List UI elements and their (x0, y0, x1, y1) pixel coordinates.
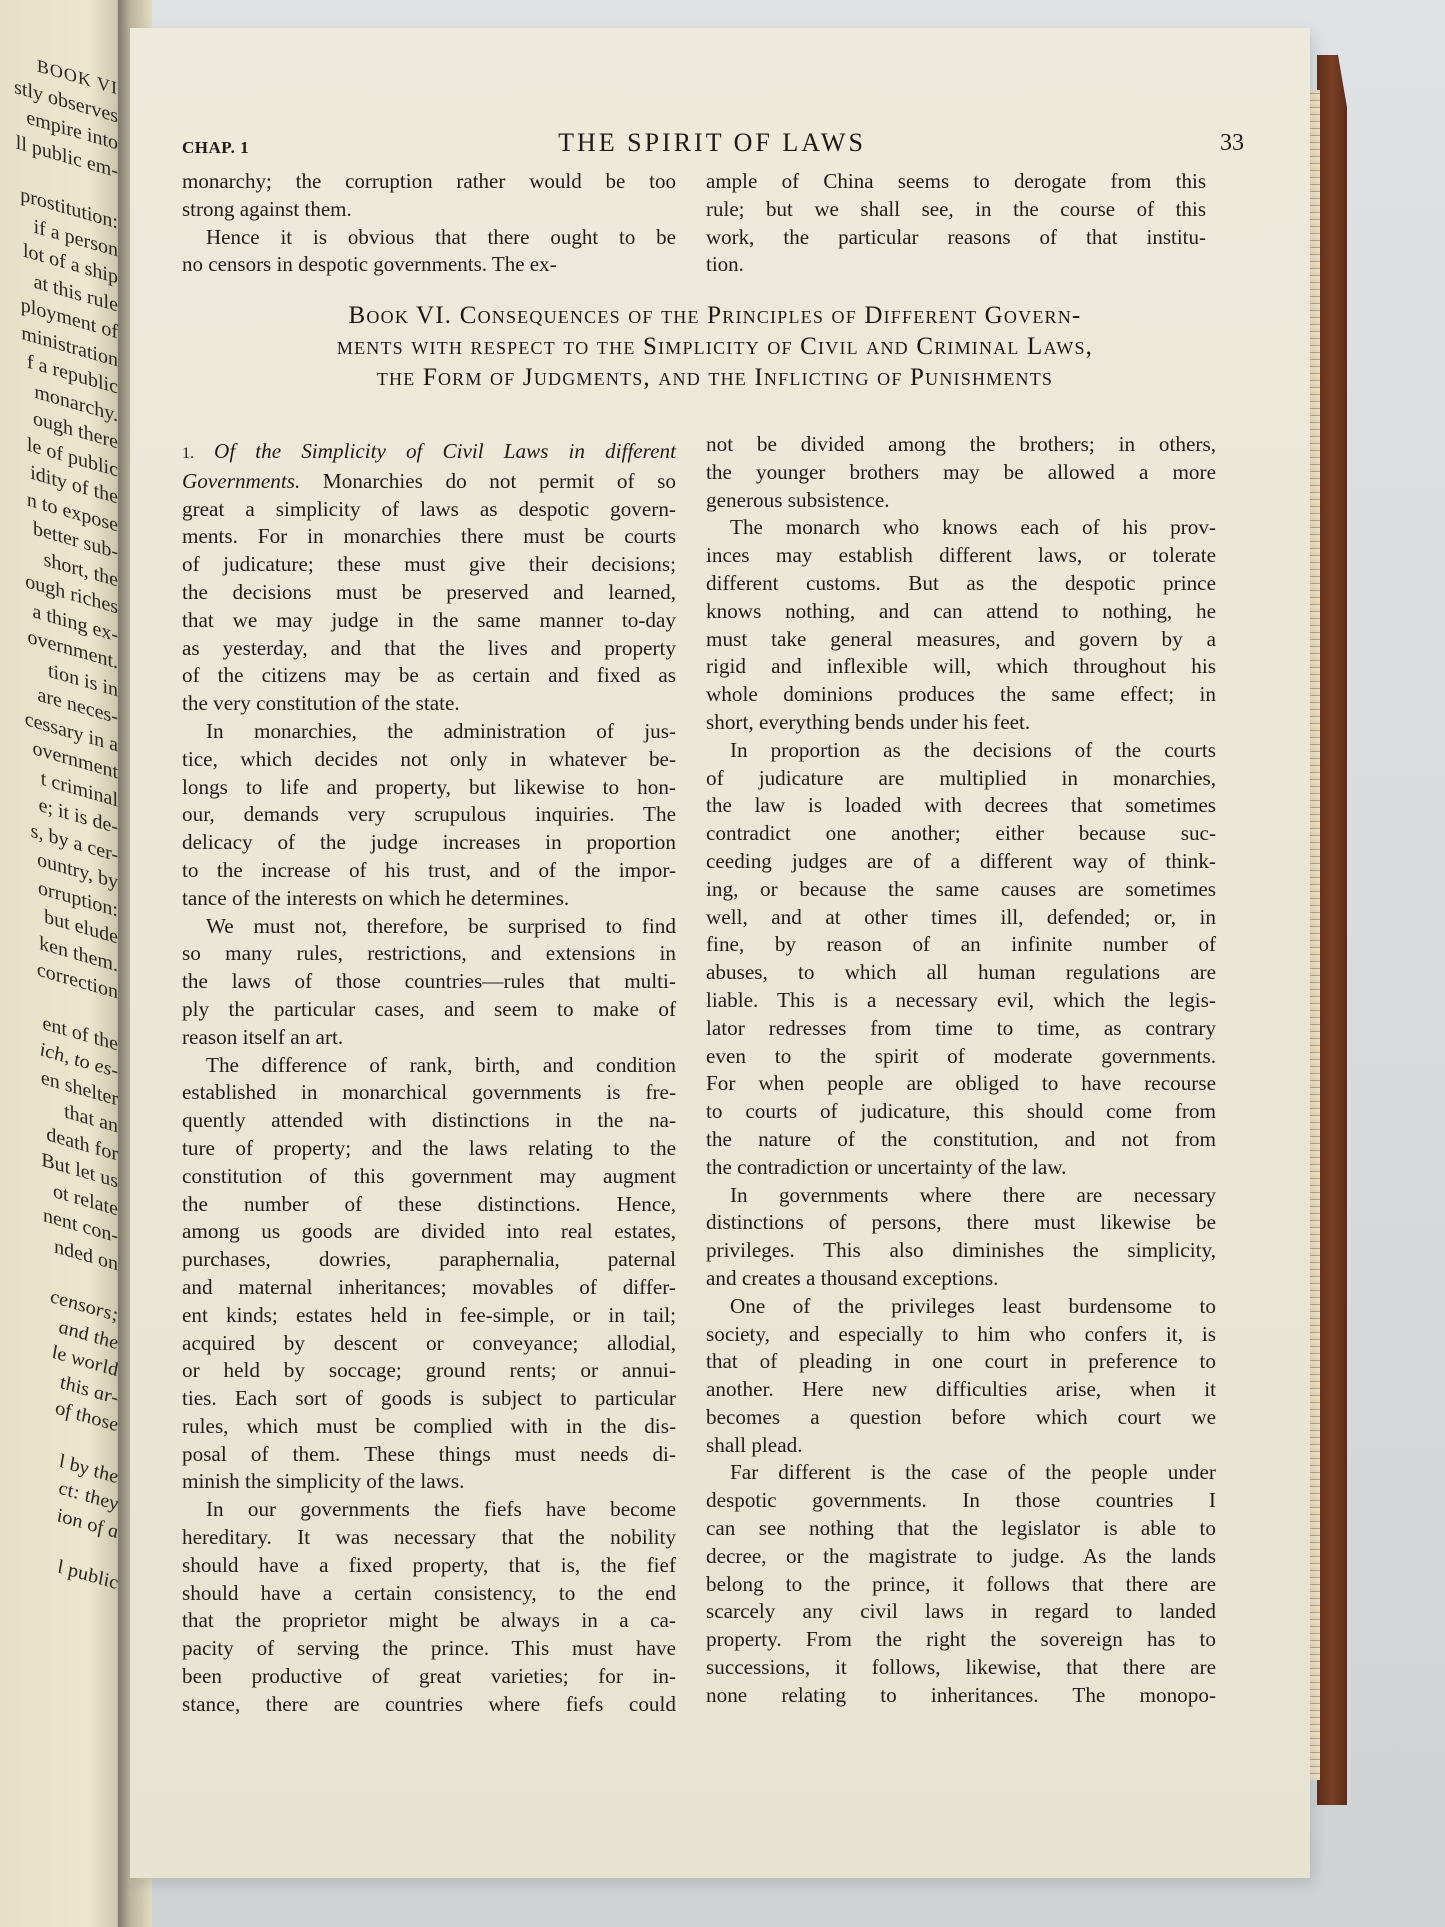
text-line: liable. This is a necessary evil, which … (706, 987, 1216, 1015)
text-line: inces may establish different laws, or t… (706, 542, 1216, 570)
text-line: ceeding judges are of a different way of… (706, 848, 1216, 876)
text-line: stance, there are countries where fiefs … (182, 1691, 676, 1719)
text-line: tice, which decides not only in whatever… (182, 746, 676, 774)
text-line: monarchy; the corruption rather would be… (182, 168, 676, 196)
text-line: rigid and inflexible will, which through… (706, 653, 1216, 681)
text-line: the nature of the constitution, and not … (706, 1126, 1216, 1154)
text-line: our, demands very scrupulous inquiries. … (182, 801, 676, 829)
text-line: abuses, to which all human regulations a… (706, 959, 1216, 987)
text-line: reason itself an art. (182, 1024, 676, 1052)
previous-page-text-fragments: BOOK VIstly observesempire intoll public… (0, 40, 124, 1600)
text-line: and maternal inheritances; movables of d… (182, 1274, 676, 1302)
text-line: belong to the prince, it follows that th… (706, 1571, 1216, 1599)
text-line: ing, or because the same causes are some… (706, 876, 1216, 904)
text-line: lator redresses from time to time, as co… (706, 1015, 1216, 1043)
running-head: CHAP. 1 THE SPIRIT OF LAWS 33 (182, 128, 1242, 168)
top-left-paragraph: monarchy; the corruption rather would be… (182, 168, 676, 279)
book-heading-line: Book VI. Consequences of the Principles … (190, 300, 1240, 331)
text-line: privileges. This also diminishes the sim… (706, 1237, 1216, 1265)
text-line: ture of property; and the laws relating … (182, 1135, 676, 1163)
text-line: been productive of great varieties; for … (182, 1663, 676, 1691)
text-line: well, and at other times ill, defended; … (706, 904, 1216, 932)
left-column: 1. Of the Simplicity of Civil Laws in di… (182, 438, 676, 1719)
top-right-paragraph: ample of China seems to derogate from th… (706, 168, 1206, 279)
text-line: that we may judge in the same manner to-… (182, 607, 676, 635)
text-line: longs to life and property, but likewise… (182, 774, 676, 802)
text-line: the very constitution of the state. (182, 690, 676, 718)
section-title-cont: Governments. (182, 469, 300, 493)
book-cover-edge (1317, 55, 1347, 1805)
text-line: short, everything bends under his feet. (706, 709, 1216, 737)
text-line: should have a certain consistency, to th… (182, 1580, 676, 1608)
text-line: scarcely any civil laws in regard to lan… (706, 1598, 1216, 1626)
text-line: tion. (706, 251, 1206, 279)
text-line: distinctions of persons, there must like… (706, 1209, 1216, 1237)
text-line: the laws of those countries—rules that m… (182, 968, 676, 996)
text-line: ply the particular cases, and seem to ma… (182, 996, 676, 1024)
text-line: property. From the right the sovereign h… (706, 1626, 1216, 1654)
text-line: as yesterday, and that the lives and pro… (182, 635, 676, 663)
book-title: THE SPIRIT OF LAWS (182, 128, 1242, 158)
text-line: no censors in despotic governments. The … (182, 251, 676, 279)
text-line: work, the particular reasons of that ins… (706, 224, 1206, 252)
text-line: hereditary. It was necessary that the no… (182, 1524, 676, 1552)
text-line: should have a fixed property, that is, t… (182, 1552, 676, 1580)
text-line: so many rules, restrictions, and extensi… (182, 940, 676, 968)
text-line: or held by soccage; ground rents; or ann… (182, 1357, 676, 1385)
text-line: rule; but we shall see, in the course of… (706, 196, 1206, 224)
text-line: society, and especially to him who confe… (706, 1321, 1216, 1349)
text-line: the younger brothers may be allowed a mo… (706, 459, 1216, 487)
text-line: that of pleading in one court in prefere… (706, 1348, 1216, 1376)
text-line: to courts of judicature, this should com… (706, 1098, 1216, 1126)
text-line: that the proprietor might be always in a… (182, 1607, 676, 1635)
body-text: Monarchies do not permit of so (300, 469, 676, 493)
text-line: of judicature; these must give their dec… (182, 551, 676, 579)
text-line: among us goods are divided into real est… (182, 1218, 676, 1246)
text-line: established in monarchical governments i… (182, 1079, 676, 1107)
text-line: pacity of serving the prince. This must … (182, 1635, 676, 1663)
text-line: not be divided among the brothers; in ot… (706, 431, 1216, 459)
text-line: decree, or the magistrate to judge. As t… (706, 1543, 1216, 1571)
section-title: Of the Simplicity of Civil Laws in diffe… (214, 439, 676, 463)
text-line: of judicature are multiplied in monarchi… (706, 765, 1216, 793)
text-line: even to the spirit of moderate governmen… (706, 1043, 1216, 1071)
text-line: can see nothing that the legislator is a… (706, 1515, 1216, 1543)
text-line: becomes a question before which court we (706, 1404, 1216, 1432)
text-line: successions, it follows, likewise, that … (706, 1654, 1216, 1682)
text-line: the contradiction or uncertainty of the … (706, 1154, 1216, 1182)
page-number: 33 (1220, 130, 1244, 157)
text-line: We must not, therefore, be surprised to … (182, 913, 676, 941)
text-line: quently attended with distinctions in th… (182, 1107, 676, 1135)
text-line: purchases, dowries, paraphernalia, pater… (182, 1246, 676, 1274)
text-line: ments. For in monarchies there must be c… (182, 523, 676, 551)
text-line: minish the simplicity of the laws. (182, 1468, 676, 1496)
book-heading-line: the Form of Judgments, and the Inflictin… (190, 362, 1240, 393)
text-line: ample of China seems to derogate from th… (706, 168, 1206, 196)
text-line: the number of these distinctions. Hence, (182, 1191, 676, 1219)
text-line: constitution of this government may augm… (182, 1163, 676, 1191)
text-line: ent kinds; estates held in fee-simple, o… (182, 1302, 676, 1330)
text-line: In monarchies, the administration of jus… (182, 718, 676, 746)
text-line: Far different is the case of the people … (706, 1459, 1216, 1487)
book-page: CHAP. 1 THE SPIRIT OF LAWS 33 monarchy; … (130, 28, 1310, 1878)
text-line: knows nothing, and can attend to nothing… (706, 598, 1216, 626)
text-line: In governments where there are necessary (706, 1182, 1216, 1210)
section-title-line: 1. Of the Simplicity of Civil Laws in di… (182, 438, 676, 468)
text-line: despotic governments. In those countries… (706, 1487, 1216, 1515)
text-line: whole dominions produces the same effect… (706, 681, 1216, 709)
text-line: of the citizens may be as certain and fi… (182, 662, 676, 690)
text-line: rules, which must be complied with in th… (182, 1413, 676, 1441)
right-column: not be divided among the brothers; in ot… (706, 431, 1216, 1710)
text-line: In our governments the fiefs have become (182, 1496, 676, 1524)
text-line: different customs. But as the despotic p… (706, 570, 1216, 598)
text-line: the decisions must be preserved and lear… (182, 579, 676, 607)
text-line: none relating to inheritances. The monop… (706, 1682, 1216, 1710)
text-line: great a simplicity of laws as despotic g… (182, 496, 676, 524)
text-line: For when people are obliged to have reco… (706, 1070, 1216, 1098)
text-line: Hence it is obvious that there ought to … (182, 224, 676, 252)
text-line: tance of the interests on which he deter… (182, 885, 676, 913)
section-title-line: Governments. Monarchies do not permit of… (182, 468, 676, 496)
text-line: The difference of rank, birth, and condi… (182, 1052, 676, 1080)
text-line: ties. Each sort of goods is subject to p… (182, 1385, 676, 1413)
text-line: fine, by reason of an infinite number of (706, 931, 1216, 959)
text-line: another. Here new difficulties arise, wh… (706, 1376, 1216, 1404)
text-line: the law is loaded with decrees that some… (706, 792, 1216, 820)
text-line: The monarch who knows each of his prov- (706, 514, 1216, 542)
text-line: contradict one another; either because s… (706, 820, 1216, 848)
text-line: to the increase of his trust, and of the… (182, 857, 676, 885)
text-line: posal of them. These things must needs d… (182, 1441, 676, 1469)
book-heading-line: ments with respect to the Simplicity of … (190, 331, 1240, 362)
text-line: shall plead. (706, 1432, 1216, 1460)
section-number: 1. (182, 445, 194, 462)
book-heading: Book VI. Consequences of the Principles … (190, 300, 1240, 393)
text-line: In proportion as the decisions of the co… (706, 737, 1216, 765)
text-line: and creates a thousand exceptions. (706, 1265, 1216, 1293)
text-line: generous subsistence. (706, 487, 1216, 515)
text-line: delicacy of the judge increases in propo… (182, 829, 676, 857)
previous-page-edge: BOOK VIstly observesempire intoll public… (0, 0, 128, 1927)
text-line: must take general measures, and govern b… (706, 626, 1216, 654)
text-line: strong against them. (182, 196, 676, 224)
text-line: One of the privileges least burdensome t… (706, 1293, 1216, 1321)
text-line: acquired by descent or conveyance; allod… (182, 1330, 676, 1358)
